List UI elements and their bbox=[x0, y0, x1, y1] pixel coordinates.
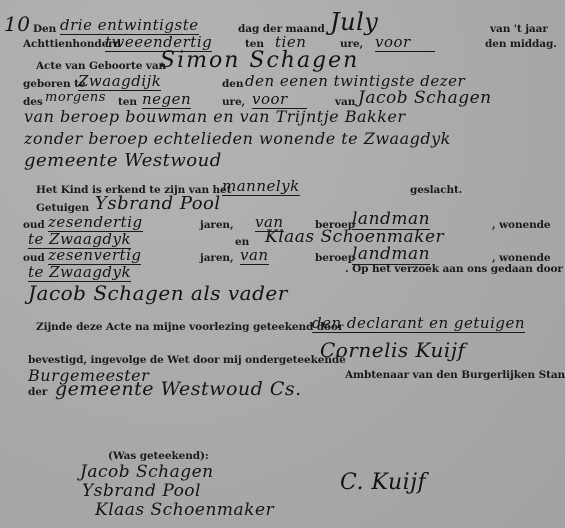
hand-child-name: Simon Schagen bbox=[160, 48, 359, 73]
signature-4: C. Kuijf bbox=[340, 470, 426, 495]
hand-signed-by: den declarant en getuigen bbox=[312, 314, 525, 333]
label-den: Den bbox=[33, 23, 56, 35]
label-van-t-jaar: van 't jaar bbox=[490, 23, 548, 35]
label-was-geteekend: (Was geteekend): bbox=[108, 450, 209, 462]
label-zijnde: Zijnde deze Acte na mijne voorlezing get… bbox=[36, 321, 343, 333]
hand-father-line: van beroep bouwman en van Trijntje Bakke… bbox=[24, 107, 406, 126]
label-bevestigd: bevestigd, ingevolge de Wet door mij ond… bbox=[28, 354, 346, 366]
hand-witness2-residence: te Zwaagdyk bbox=[28, 263, 131, 282]
birth-record-page: 10 Den drie entwintigste dag der maand J… bbox=[0, 0, 565, 528]
label-den-middag: den middag. bbox=[485, 38, 557, 50]
label-geslacht: geslacht. bbox=[410, 184, 462, 196]
label-der: der bbox=[28, 386, 47, 398]
label-geboren-te: geboren te bbox=[23, 78, 85, 90]
hand-sex: mannelyk bbox=[222, 177, 300, 196]
hand-official-municipality: gemeente Westwoud Cs. bbox=[55, 378, 302, 400]
hand-witness1: Ysbrand Pool bbox=[95, 193, 221, 214]
label-op-verzoek: . Op het verzoek aan ons gedaan door bbox=[345, 263, 563, 275]
hand-birthplace: Zwaagdijk bbox=[78, 72, 161, 91]
label-jaren-1: jaren, bbox=[200, 219, 234, 231]
hand-declarant: Jacob Schagen als vader bbox=[28, 281, 288, 305]
hand-municipality: gemeente Westwoud bbox=[24, 150, 222, 171]
hand-month: July bbox=[330, 8, 378, 36]
hand-father: Jacob Schagen bbox=[358, 88, 492, 108]
record-number: 10 bbox=[4, 12, 30, 36]
label-den-2: den bbox=[222, 78, 243, 90]
hand-time-of-day: morgens bbox=[45, 90, 106, 105]
hand-witness2-occupation: landman bbox=[352, 244, 430, 265]
label-acte-van-geboorte: Acte van Geboorte van bbox=[36, 60, 166, 72]
hand-official: Cornelis Kuijf bbox=[320, 338, 465, 362]
signature-2: Ysbrand Pool bbox=[82, 481, 201, 501]
hand-part-of-day: voor bbox=[375, 33, 435, 52]
signature-1: Jacob Schagen bbox=[80, 462, 214, 482]
label-ambtenaar: Ambtenaar van den Burgerlijken Stand bbox=[345, 369, 565, 381]
hand-mother-line: zonder beroep echtelieden wonende te Zwa… bbox=[24, 129, 451, 148]
signature-3: Klaas Schoenmaker bbox=[95, 500, 274, 520]
label-jaren-2: jaren, bbox=[200, 252, 234, 264]
hand-witness2-occ-prefix: van bbox=[240, 246, 269, 265]
label-wonende-1: , wonende bbox=[492, 219, 550, 231]
